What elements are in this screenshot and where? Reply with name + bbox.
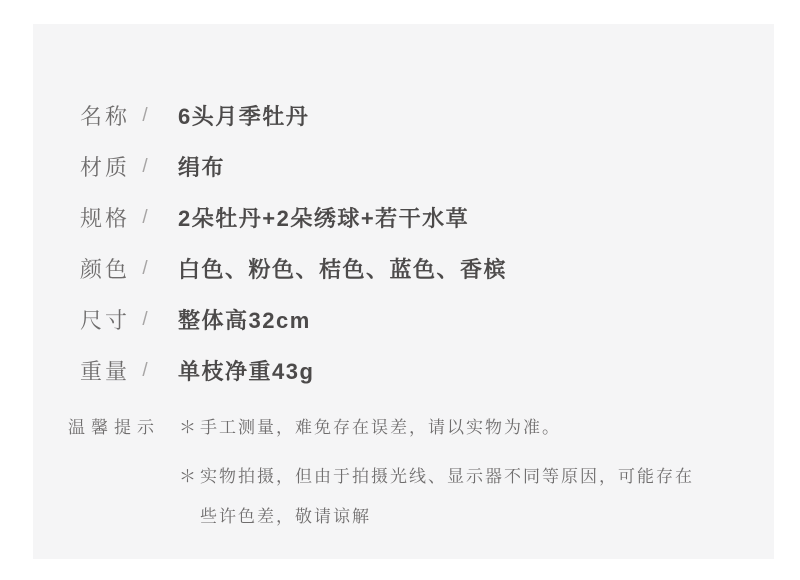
spec-value: 2朵牡丹+2朵绣球+若干水草 — [178, 202, 469, 233]
spec-row-material: 材质 / 绢布 — [33, 141, 774, 192]
spec-separator: / — [138, 360, 152, 382]
spec-separator: / — [138, 105, 152, 127]
tip-bullet: ＊ — [179, 457, 200, 537]
tips-section: 温馨提示 ＊ 手工测量，难免存在误差，请以实物为准。 ＊ 实物拍摄，但由于拍摄光… — [33, 408, 774, 546]
spec-row-size: 尺寸 / 整体高32cm — [33, 294, 774, 345]
spec-value: 绢布 — [178, 151, 225, 182]
spec-label: 重量 — [80, 355, 138, 386]
tips-label: 温馨提示 — [68, 408, 179, 546]
tips-list: ＊ 手工测量，难免存在误差，请以实物为准。 ＊ 实物拍摄，但由于拍摄光线、显示器… — [179, 408, 700, 546]
spec-value: 整体高32cm — [178, 304, 311, 335]
spec-list: 名称 / 6头月季牡丹 材质 / 绢布 规格 / 2朵牡丹+2朵绣球+若干水草 … — [33, 24, 774, 396]
spec-label: 材质 — [80, 151, 138, 182]
tip-item: ＊ 手工测量，难免存在误差，请以实物为准。 — [179, 408, 700, 448]
tip-text: 手工测量，难免存在误差，请以实物为准。 — [200, 408, 700, 448]
spec-value: 单枝净重43g — [178, 355, 314, 386]
spec-row-weight: 重量 / 单枝净重43g — [33, 345, 774, 396]
spec-label: 尺寸 — [80, 304, 138, 335]
spec-row-name: 名称 / 6头月季牡丹 — [33, 90, 774, 141]
tip-item: ＊ 实物拍摄，但由于拍摄光线、显示器不同等原因，可能存在些许色差，敬请谅解 — [179, 457, 700, 537]
spec-label: 规格 — [80, 202, 138, 233]
spec-label: 颜色 — [80, 253, 138, 284]
spec-separator: / — [138, 309, 152, 331]
spec-separator: / — [138, 156, 152, 178]
spec-value: 6头月季牡丹 — [178, 100, 309, 131]
tip-text: 实物拍摄，但由于拍摄光线、显示器不同等原因，可能存在些许色差，敬请谅解 — [200, 457, 700, 537]
spec-separator: / — [138, 258, 152, 280]
spec-separator: / — [138, 207, 152, 229]
spec-row-color: 颜色 / 白色、粉色、桔色、蓝色、香槟 — [33, 243, 774, 294]
spec-panel: 名称 / 6头月季牡丹 材质 / 绢布 规格 / 2朵牡丹+2朵绣球+若干水草 … — [33, 24, 774, 559]
product-spec-page: 名称 / 6头月季牡丹 材质 / 绢布 规格 / 2朵牡丹+2朵绣球+若干水草 … — [0, 0, 800, 580]
spec-value: 白色、粉色、桔色、蓝色、香槟 — [178, 253, 507, 284]
tip-bullet: ＊ — [179, 408, 200, 448]
spec-row-specification: 规格 / 2朵牡丹+2朵绣球+若干水草 — [33, 192, 774, 243]
spec-label: 名称 — [80, 100, 138, 131]
